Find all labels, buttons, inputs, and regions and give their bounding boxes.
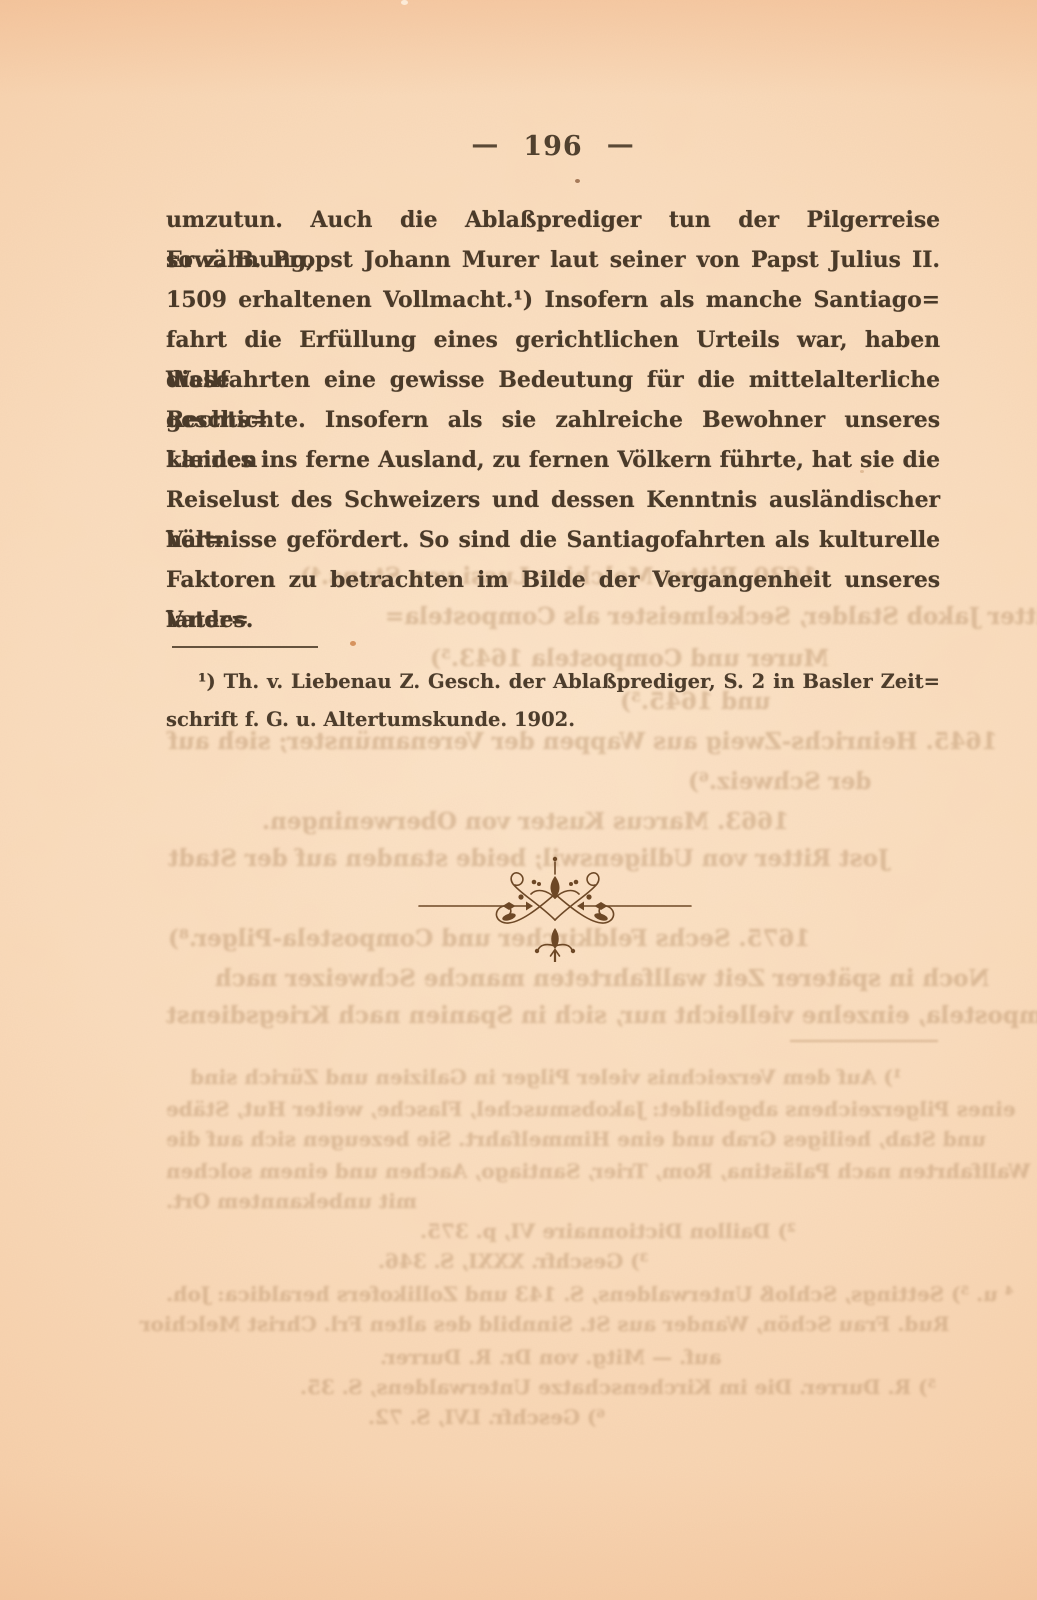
text-line: 1509 erhaltenen Vollmacht.¹) Insofern al… [166,280,940,320]
bleedthrough-text-line: der Schweiz.⁶) [688,768,871,795]
bleedthrough-text-line: Wallfahrten nach Palästina, Rom, Trier, … [166,1159,1030,1183]
text-line: Reiselust des Schweizers und dessen Kenn… [166,480,940,520]
bleedthrough-text-line: ²) Daillon Dictionnaire VI, p. 375. [420,1219,796,1243]
bleedthrough-text-line: ⁶) Geschfr. LVI, S. 72. [368,1405,605,1429]
bleedthrough-text-line: ⁴ u. ⁵) Settings, Schloß Unterwaldens, S… [166,1282,1013,1306]
header-dash-left: — [471,129,499,160]
footnote-line: ¹) Th. v. Liebenau Z. Gesch. der Ablaßpr… [166,663,940,701]
bleedthrough-rule [790,1040,938,1042]
bleedthrough-text-line: auf. — Mitg. von Dr. R. Durrer. [380,1345,722,1369]
text-line: Faktoren zu betrachten im Bilde der Verg… [166,560,940,600]
paper-speck [350,641,356,646]
bleedthrough-text-line: eines Pilgerzeichens abgebildet: Jakobsm… [166,1097,1015,1121]
text-line: Landes ins ferne Ausland, zu fernen Völk… [166,440,940,480]
bleedthrough-text-line: ⁵) R. Durrer. Die im Kirchenschatze Unte… [300,1375,936,1399]
bleedthrough-text-line: ¹) Auf dem Verzeichnis vieler Pilger in … [190,1065,901,1089]
bleedthrough-text-line: ³) Geschfr. XXXI, S. 346. [378,1249,648,1273]
paper-speck [860,470,864,473]
text-line: Wallfahrten eine gewisse Bedeutung für d… [166,360,940,400]
bleedthrough-text-line: Noch in späterer Zeit wallfahrteten manc… [215,965,990,992]
text-line: geschichte. Insofern als sie zahlreiche … [166,400,940,440]
footnote-line: schrift f. G. u. Altertumskunde. 1902. [166,701,940,739]
paper-fleck [401,0,408,5]
text-line: hältnisse gefördert. So sind die Santiag… [166,520,940,560]
bleedthrough-text-line: mit unbekanntem Ort. [166,1189,417,1213]
footnote: ¹) Th. v. Liebenau Z. Gesch. der Ablaßpr… [166,663,940,739]
text-line: umzutun. Auch die Ablaßprediger tun der … [166,200,940,240]
page-header: —196— [166,131,940,162]
bleedthrough-text-line: Compostela, einzelne vielleicht nur, sic… [166,1002,1037,1029]
footnote-separator-rule [172,646,318,648]
text-line: landes. [166,600,940,640]
text-line: fahrt die Erfüllung eines gerichtlichen … [166,320,940,360]
fleuron-divider-ornament [415,850,695,962]
page-number: 196 [523,131,582,162]
scanned-book-page: 1630. Ritter Melchior Lussi von Stans.⁴)… [0,0,1037,1600]
header-dash-right: — [607,129,635,160]
bleedthrough-text-line: 1663. Marcus Kuster von Oberweningen. [262,808,789,835]
paper-speck [575,179,580,183]
text-line: so z. B. Propst Johann Murer laut seiner… [166,240,940,280]
bleedthrough-text-line: Rud. Frau Schön, Wander aus St. Sinnbild… [140,1312,949,1336]
body-paragraph: umzutun. Auch die Ablaßprediger tun der … [166,200,940,640]
bleedthrough-text-line: und Stab, heiliges Grab und eine Himmelf… [166,1127,986,1151]
